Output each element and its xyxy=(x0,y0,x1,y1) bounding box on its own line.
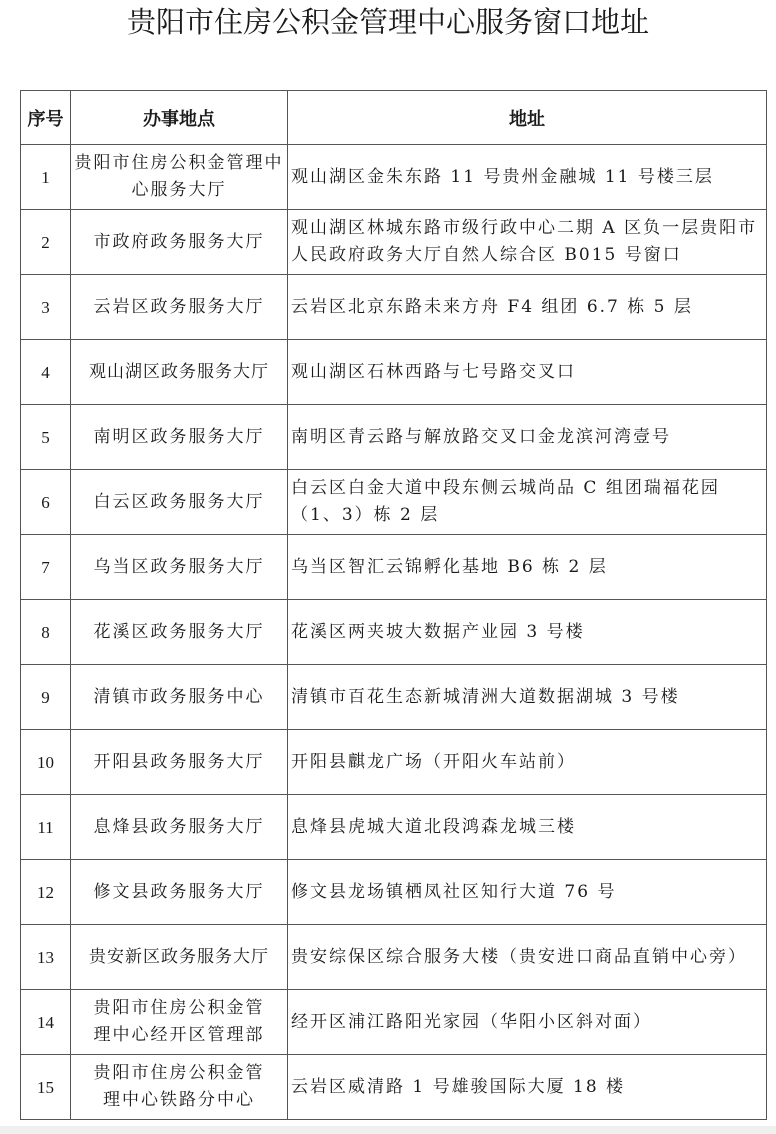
row-serial-number: 7 xyxy=(21,535,71,600)
row-serial-number: 15 xyxy=(21,1055,71,1120)
row-serial-number: 2 xyxy=(21,210,71,275)
row-address: 观山湖区金朱东路 11 号贵州金融城 11 号楼三层 xyxy=(288,145,767,210)
row-service-location: 白云区政务服务大厅 xyxy=(71,470,288,535)
row-serial-number: 6 xyxy=(21,470,71,535)
row-address: 贵安综保区综合服务大楼（贵安进口商品直销中心旁） xyxy=(288,925,767,990)
row-service-location: 息烽县政务服务大厅 xyxy=(71,795,288,860)
table-row: 3 云岩区政务服务大厅 云岩区北京东路未来方舟 F4 组团 6.7 栋 5 层 xyxy=(21,275,767,340)
row-address: 云岩区威清路 1 号雄骏国际大厦 18 楼 xyxy=(288,1055,767,1120)
row-service-location: 花溪区政务服务大厅 xyxy=(71,600,288,665)
row-service-location: 贵安新区政务服务大厅 xyxy=(71,925,288,990)
row-serial-number: 9 xyxy=(21,665,71,730)
table-row: 15 贵阳市住房公积金管理中心铁路分中心 云岩区威清路 1 号雄骏国际大厦 18… xyxy=(21,1055,767,1120)
table-row: 12 修文县政务服务大厅 修文县龙场镇栖凤社区知行大道 76 号 xyxy=(21,860,767,925)
table-row: 1 贵阳市住房公积金管理中心服务大厅 观山湖区金朱东路 11 号贵州金融城 11… xyxy=(21,145,767,210)
row-serial-number: 14 xyxy=(21,990,71,1055)
bottom-margin-strip xyxy=(0,1126,776,1134)
row-service-location: 云岩区政务服务大厅 xyxy=(71,275,288,340)
row-address: 南明区青云路与解放路交叉口金龙滨河湾壹号 xyxy=(288,405,767,470)
page-title: 贵阳市住房公积金管理中心服务窗口地址 xyxy=(0,2,776,42)
header-service-location: 办事地点 xyxy=(71,91,288,145)
row-serial-number: 5 xyxy=(21,405,71,470)
table-row: 11 息烽县政务服务大厅 息烽县虎城大道北段鸿森龙城三楼 xyxy=(21,795,767,860)
table-row: 6 白云区政务服务大厅 白云区白金大道中段东侧云城尚品 C 组团瑞福花园（1、3… xyxy=(21,470,767,535)
row-service-location: 贵阳市住房公积金管理中心服务大厅 xyxy=(71,145,288,210)
row-address: 云岩区北京东路未来方舟 F4 组团 6.7 栋 5 层 xyxy=(288,275,767,340)
row-service-location: 清镇市政务服务中心 xyxy=(71,665,288,730)
table-header-row: 序号 办事地点 地址 xyxy=(21,91,767,145)
table-row: 8 花溪区政务服务大厅 花溪区两夹坡大数据产业园 3 号楼 xyxy=(21,600,767,665)
row-address: 息烽县虎城大道北段鸿森龙城三楼 xyxy=(288,795,767,860)
row-address: 花溪区两夹坡大数据产业园 3 号楼 xyxy=(288,600,767,665)
table-row: 7 乌当区政务服务大厅 乌当区智汇云锦孵化基地 B6 栋 2 层 xyxy=(21,535,767,600)
row-service-location: 乌当区政务服务大厅 xyxy=(71,535,288,600)
row-serial-number: 10 xyxy=(21,730,71,795)
row-address: 观山湖区石林西路与七号路交叉口 xyxy=(288,340,767,405)
table-row: 9 清镇市政务服务中心 清镇市百花生态新城清洲大道数据湖城 3 号楼 xyxy=(21,665,767,730)
row-service-location: 修文县政务服务大厅 xyxy=(71,860,288,925)
row-address: 乌当区智汇云锦孵化基地 B6 栋 2 层 xyxy=(288,535,767,600)
service-window-address-table: 序号 办事地点 地址 1 贵阳市住房公积金管理中心服务大厅 观山湖区金朱东路 1… xyxy=(20,90,767,1120)
row-service-location: 贵阳市住房公积金管理中心铁路分中心 xyxy=(71,1055,288,1120)
row-serial-number: 13 xyxy=(21,925,71,990)
row-service-location: 开阳县政务服务大厅 xyxy=(71,730,288,795)
row-service-location: 贵阳市住房公积金管理中心经开区管理部 xyxy=(71,990,288,1055)
table-row: 2 市政府政务服务大厅 观山湖区林城东路市级行政中心二期 A 区负一层贵阳市人民… xyxy=(21,210,767,275)
row-address: 开阳县麒龙广场（开阳火车站前） xyxy=(288,730,767,795)
table-row: 4 观山湖区政务服务大厅 观山湖区石林西路与七号路交叉口 xyxy=(21,340,767,405)
table-row: 14 贵阳市住房公积金管理中心经开区管理部 经开区浦江路阳光家园（华阳小区斜对面… xyxy=(21,990,767,1055)
row-service-location: 南明区政务服务大厅 xyxy=(71,405,288,470)
row-address: 白云区白金大道中段东侧云城尚品 C 组团瑞福花园（1、3）栋 2 层 xyxy=(288,470,767,535)
table-row: 10 开阳县政务服务大厅 开阳县麒龙广场（开阳火车站前） xyxy=(21,730,767,795)
row-address: 修文县龙场镇栖凤社区知行大道 76 号 xyxy=(288,860,767,925)
row-serial-number: 4 xyxy=(21,340,71,405)
row-serial-number: 8 xyxy=(21,600,71,665)
header-serial-number: 序号 xyxy=(21,91,71,145)
table-row: 13 贵安新区政务服务大厅 贵安综保区综合服务大楼（贵安进口商品直销中心旁） xyxy=(21,925,767,990)
header-address: 地址 xyxy=(288,91,767,145)
row-service-location: 市政府政务服务大厅 xyxy=(71,210,288,275)
table-row: 5 南明区政务服务大厅 南明区青云路与解放路交叉口金龙滨河湾壹号 xyxy=(21,405,767,470)
row-service-location: 观山湖区政务服务大厅 xyxy=(71,340,288,405)
row-address: 清镇市百花生态新城清洲大道数据湖城 3 号楼 xyxy=(288,665,767,730)
row-serial-number: 1 xyxy=(21,145,71,210)
row-serial-number: 12 xyxy=(21,860,71,925)
row-address: 经开区浦江路阳光家园（华阳小区斜对面） xyxy=(288,990,767,1055)
row-serial-number: 11 xyxy=(21,795,71,860)
row-address: 观山湖区林城东路市级行政中心二期 A 区负一层贵阳市人民政府政务大厅自然人综合区… xyxy=(288,210,767,275)
row-serial-number: 3 xyxy=(21,275,71,340)
